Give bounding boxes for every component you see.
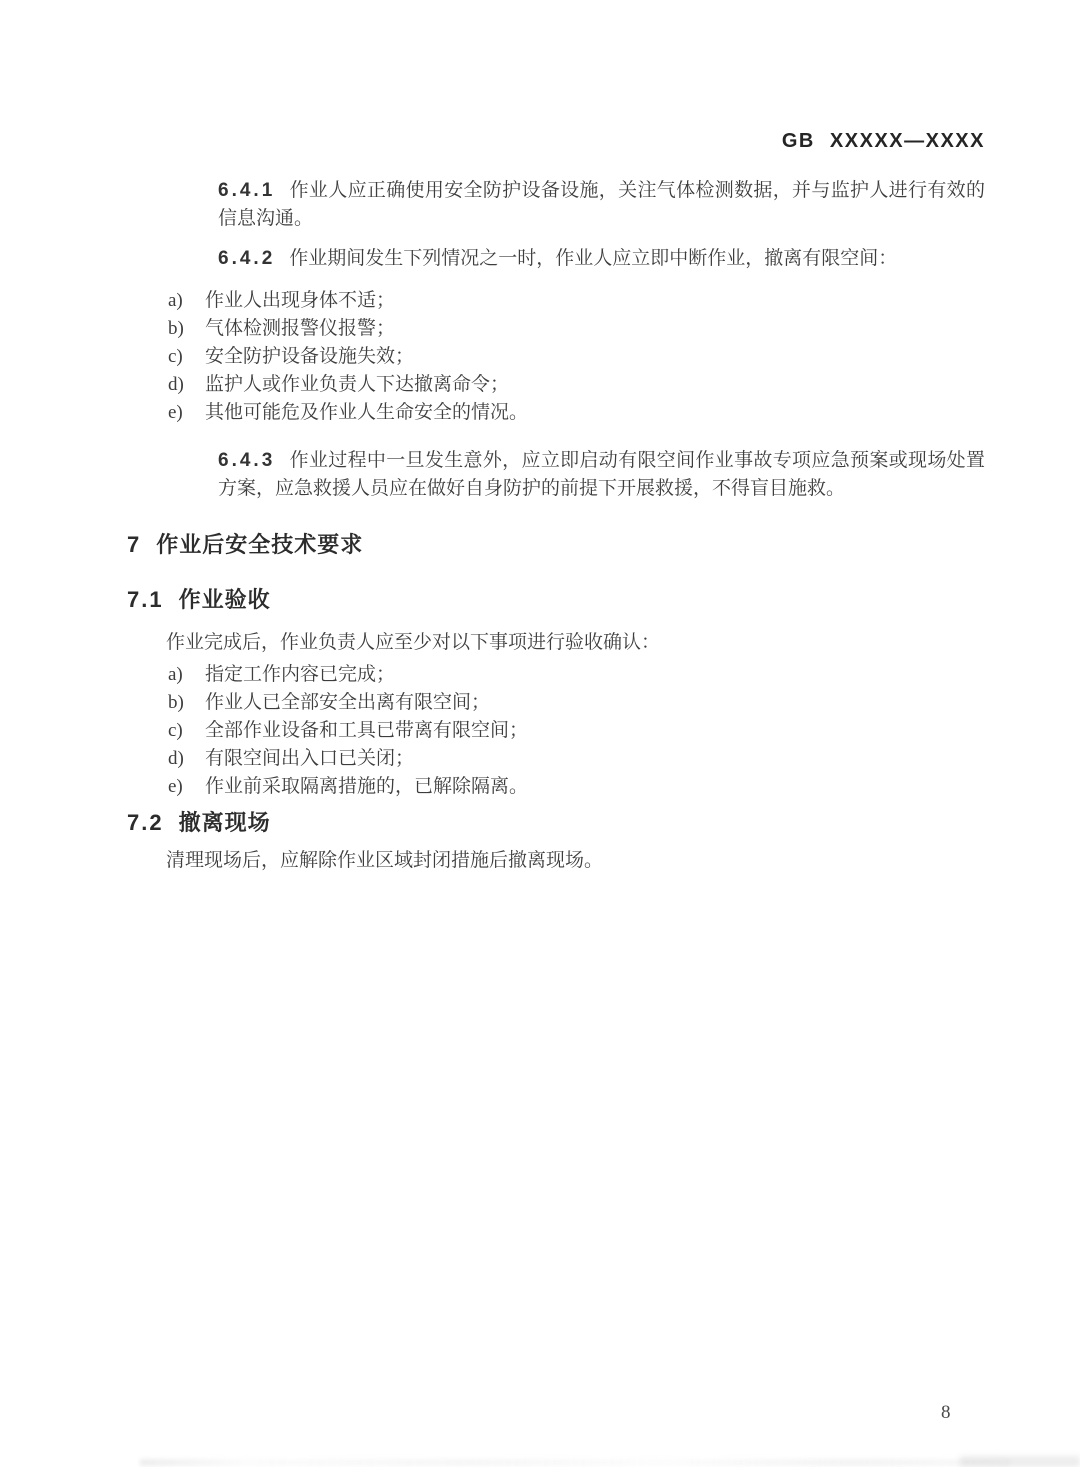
clause-number: 6.4.3 <box>218 450 275 471</box>
clause-text: 作业人应正确使用安全防护设备设施，关注气体检测数据，并与监护人进行有效的信息沟通… <box>218 180 985 229</box>
section-heading-7-2: 7.2撤离现场 <box>127 808 985 838</box>
section-number: 7 <box>127 532 141 557</box>
clause-text: 作业期间发生下列情况之一时，作业人应立即中断作业，撤离有限空间： <box>289 248 897 269</box>
list-item-marker: c) <box>168 343 205 371</box>
list-item-text: 监护人或作业负责人下达撤离命令； <box>205 371 985 399</box>
list-item: c) 安全防护设备设施失效； <box>168 343 985 371</box>
list-item-text: 作业人出现身体不适； <box>205 287 985 315</box>
scan-watermark-artifact <box>140 1459 1010 1466</box>
list-item-text: 作业前采取隔离措施的，已解除隔离。 <box>205 773 985 801</box>
list-item-marker: d) <box>168 745 205 773</box>
section-heading-7-1: 7.1作业验收 <box>127 585 985 615</box>
list-item-text: 作业人已全部安全出离有限空间； <box>205 689 985 717</box>
list-item: d) 有限空间出入口已关闭； <box>168 745 985 773</box>
list-item-marker: b) <box>168 689 205 717</box>
list-item-marker: a) <box>168 287 205 315</box>
list-item-marker: e) <box>168 773 205 801</box>
list-item: e) 作业前采取隔离措施的，已解除隔离。 <box>168 773 985 801</box>
list-item-marker: a) <box>168 661 205 689</box>
list-item: a) 指定工作内容已完成； <box>168 661 985 689</box>
document-body: 6.4.1作业人应正确使用安全防护设备设施，关注气体检测数据，并与监护人进行有效… <box>127 177 985 875</box>
scan-corner-artifact <box>960 1456 1080 1467</box>
section-title: 作业验收 <box>179 587 271 612</box>
paragraph-7-1-intro: 作业完成后，作业负责人应至少对以下事项进行验收确认： <box>166 629 985 657</box>
section-title: 作业后安全技术要求 <box>156 532 363 557</box>
standard-number: GB XXXXX—XXXX <box>782 130 985 152</box>
clause-6-4-2: 6.4.2作业期间发生下列情况之一时，作业人应立即中断作业，撤离有限空间： <box>127 245 985 273</box>
list-item-text: 其他可能危及作业人生命安全的情况。 <box>205 399 985 427</box>
section-title: 撤离现场 <box>179 810 271 835</box>
list-6-4-2: a) 作业人出现身体不适； b) 气体检测报警仪报警； c) 安全防护设备设施失… <box>127 287 985 427</box>
running-header: GB XXXXX—XXXX <box>782 130 985 152</box>
section-heading-7: 7作业后安全技术要求 <box>127 530 985 560</box>
section-number: 7.1 <box>127 587 164 612</box>
list-item-text: 有限空间出入口已关闭； <box>205 745 985 773</box>
list-item-text: 全部作业设备和工具已带离有限空间； <box>205 717 985 745</box>
list-item: d) 监护人或作业负责人下达撤离命令； <box>168 371 985 399</box>
list-item-marker: e) <box>168 399 205 427</box>
list-item-marker: d) <box>168 371 205 399</box>
list-item-marker: c) <box>168 717 205 745</box>
clause-text: 作业过程中一旦发生意外，应立即启动有限空间作业事故专项应急预案或现场处置方案，应… <box>218 450 985 499</box>
list-item: c) 全部作业设备和工具已带离有限空间； <box>168 717 985 745</box>
list-item: e) 其他可能危及作业人生命安全的情况。 <box>168 399 985 427</box>
section-number: 7.2 <box>127 810 164 835</box>
clause-6-4-1: 6.4.1作业人应正确使用安全防护设备设施，关注气体检测数据，并与监护人进行有效… <box>127 177 985 233</box>
clause-number: 6.4.1 <box>218 180 275 201</box>
document-page: GB XXXXX—XXXX 6.4.1作业人应正确使用安全防护设备设施，关注气体… <box>0 0 1080 1467</box>
list-item: b) 作业人已全部安全出离有限空间； <box>168 689 985 717</box>
list-item-text: 安全防护设备设施失效； <box>205 343 985 371</box>
list-7-1: a) 指定工作内容已完成； b) 作业人已全部安全出离有限空间； c) 全部作业… <box>127 661 985 801</box>
clause-number: 6.4.2 <box>218 248 275 269</box>
paragraph-7-2: 清理现场后，应解除作业区域封闭措施后撤离现场。 <box>166 847 985 875</box>
list-item: b) 气体检测报警仪报警； <box>168 315 985 343</box>
list-item: a) 作业人出现身体不适； <box>168 287 985 315</box>
list-item-text: 指定工作内容已完成； <box>205 661 985 689</box>
page-number: 8 <box>941 1402 951 1424</box>
clause-6-4-3: 6.4.3作业过程中一旦发生意外，应立即启动有限空间作业事故专项应急预案或现场处… <box>127 447 985 503</box>
list-item-text: 气体检测报警仪报警； <box>205 315 985 343</box>
list-item-marker: b) <box>168 315 205 343</box>
